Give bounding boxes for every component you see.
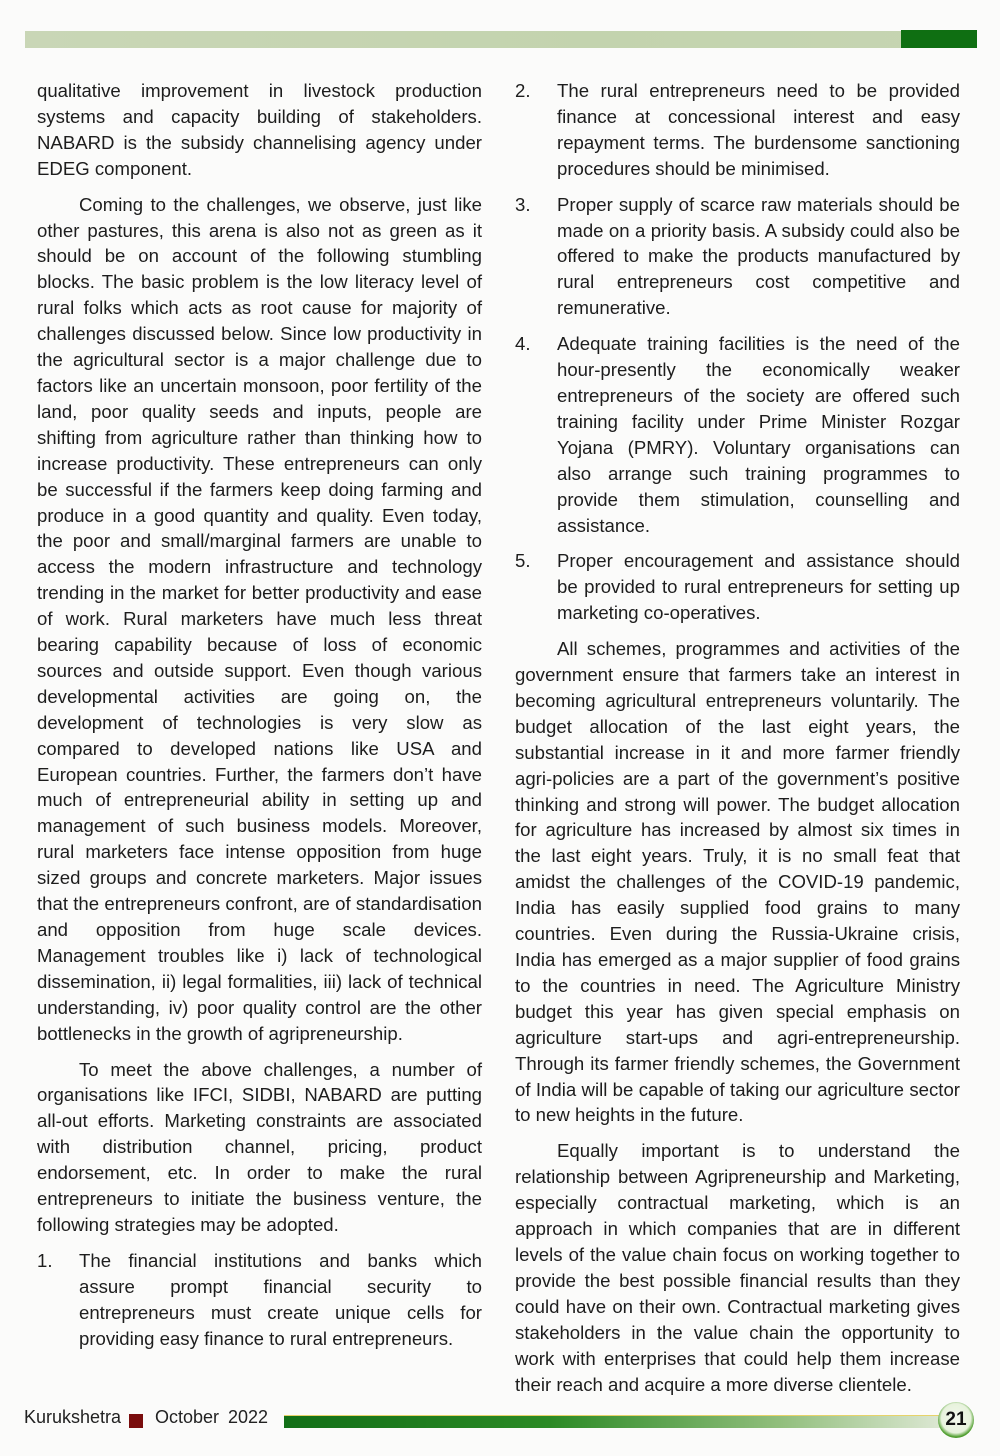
page-number-badge: 21 [938, 1402, 974, 1438]
paragraph: To meet the above challenges, a number o… [37, 1057, 482, 1238]
square-separator-icon [129, 1414, 143, 1428]
list-number: 2. [515, 78, 557, 182]
list-item: 1. The financial institutions and banks … [37, 1248, 482, 1352]
list-text: Adequate training facilities is the need… [557, 331, 960, 538]
header-accent-block [901, 30, 977, 48]
magazine-name: Kurukshetra [24, 1407, 121, 1428]
list-item: 4. Adequate training facilities is the n… [515, 331, 960, 538]
list-number: 3. [515, 192, 557, 322]
paragraph: Coming to the challenges, we observe, ju… [37, 192, 482, 1047]
list-number: 4. [515, 331, 557, 538]
list-text: Proper encouragement and assistance shou… [557, 548, 960, 626]
paragraph: Equally important is to understand the r… [515, 1138, 960, 1397]
right-column: 2. The rural entrepreneurs need to be pr… [515, 78, 960, 1407]
paragraph: qualitative improvement in livestock pro… [37, 78, 482, 182]
list-item: 3. Proper supply of scarce raw materials… [515, 192, 960, 322]
header-decorative-bar [25, 31, 977, 48]
list-number: 5. [515, 548, 557, 626]
list-text: The financial institutions and banks whi… [79, 1248, 482, 1352]
paragraph: All schemes, programmes and activities o… [515, 636, 960, 1128]
list-item: 5. Proper encouragement and assistance s… [515, 548, 960, 626]
list-item: 2. The rural entrepreneurs need to be pr… [515, 78, 960, 182]
left-column: qualitative improvement in livestock pro… [37, 78, 482, 1362]
list-text: Proper supply of scarce raw materials sh… [557, 192, 960, 322]
list-text: The rural entrepreneurs need to be provi… [557, 78, 960, 182]
issue-date: October 2022 [155, 1407, 268, 1428]
list-number: 1. [37, 1248, 79, 1352]
page-footer: Kurukshetra October 2022 21 [0, 1402, 1000, 1442]
footer-gradient-bar [284, 1415, 948, 1428]
